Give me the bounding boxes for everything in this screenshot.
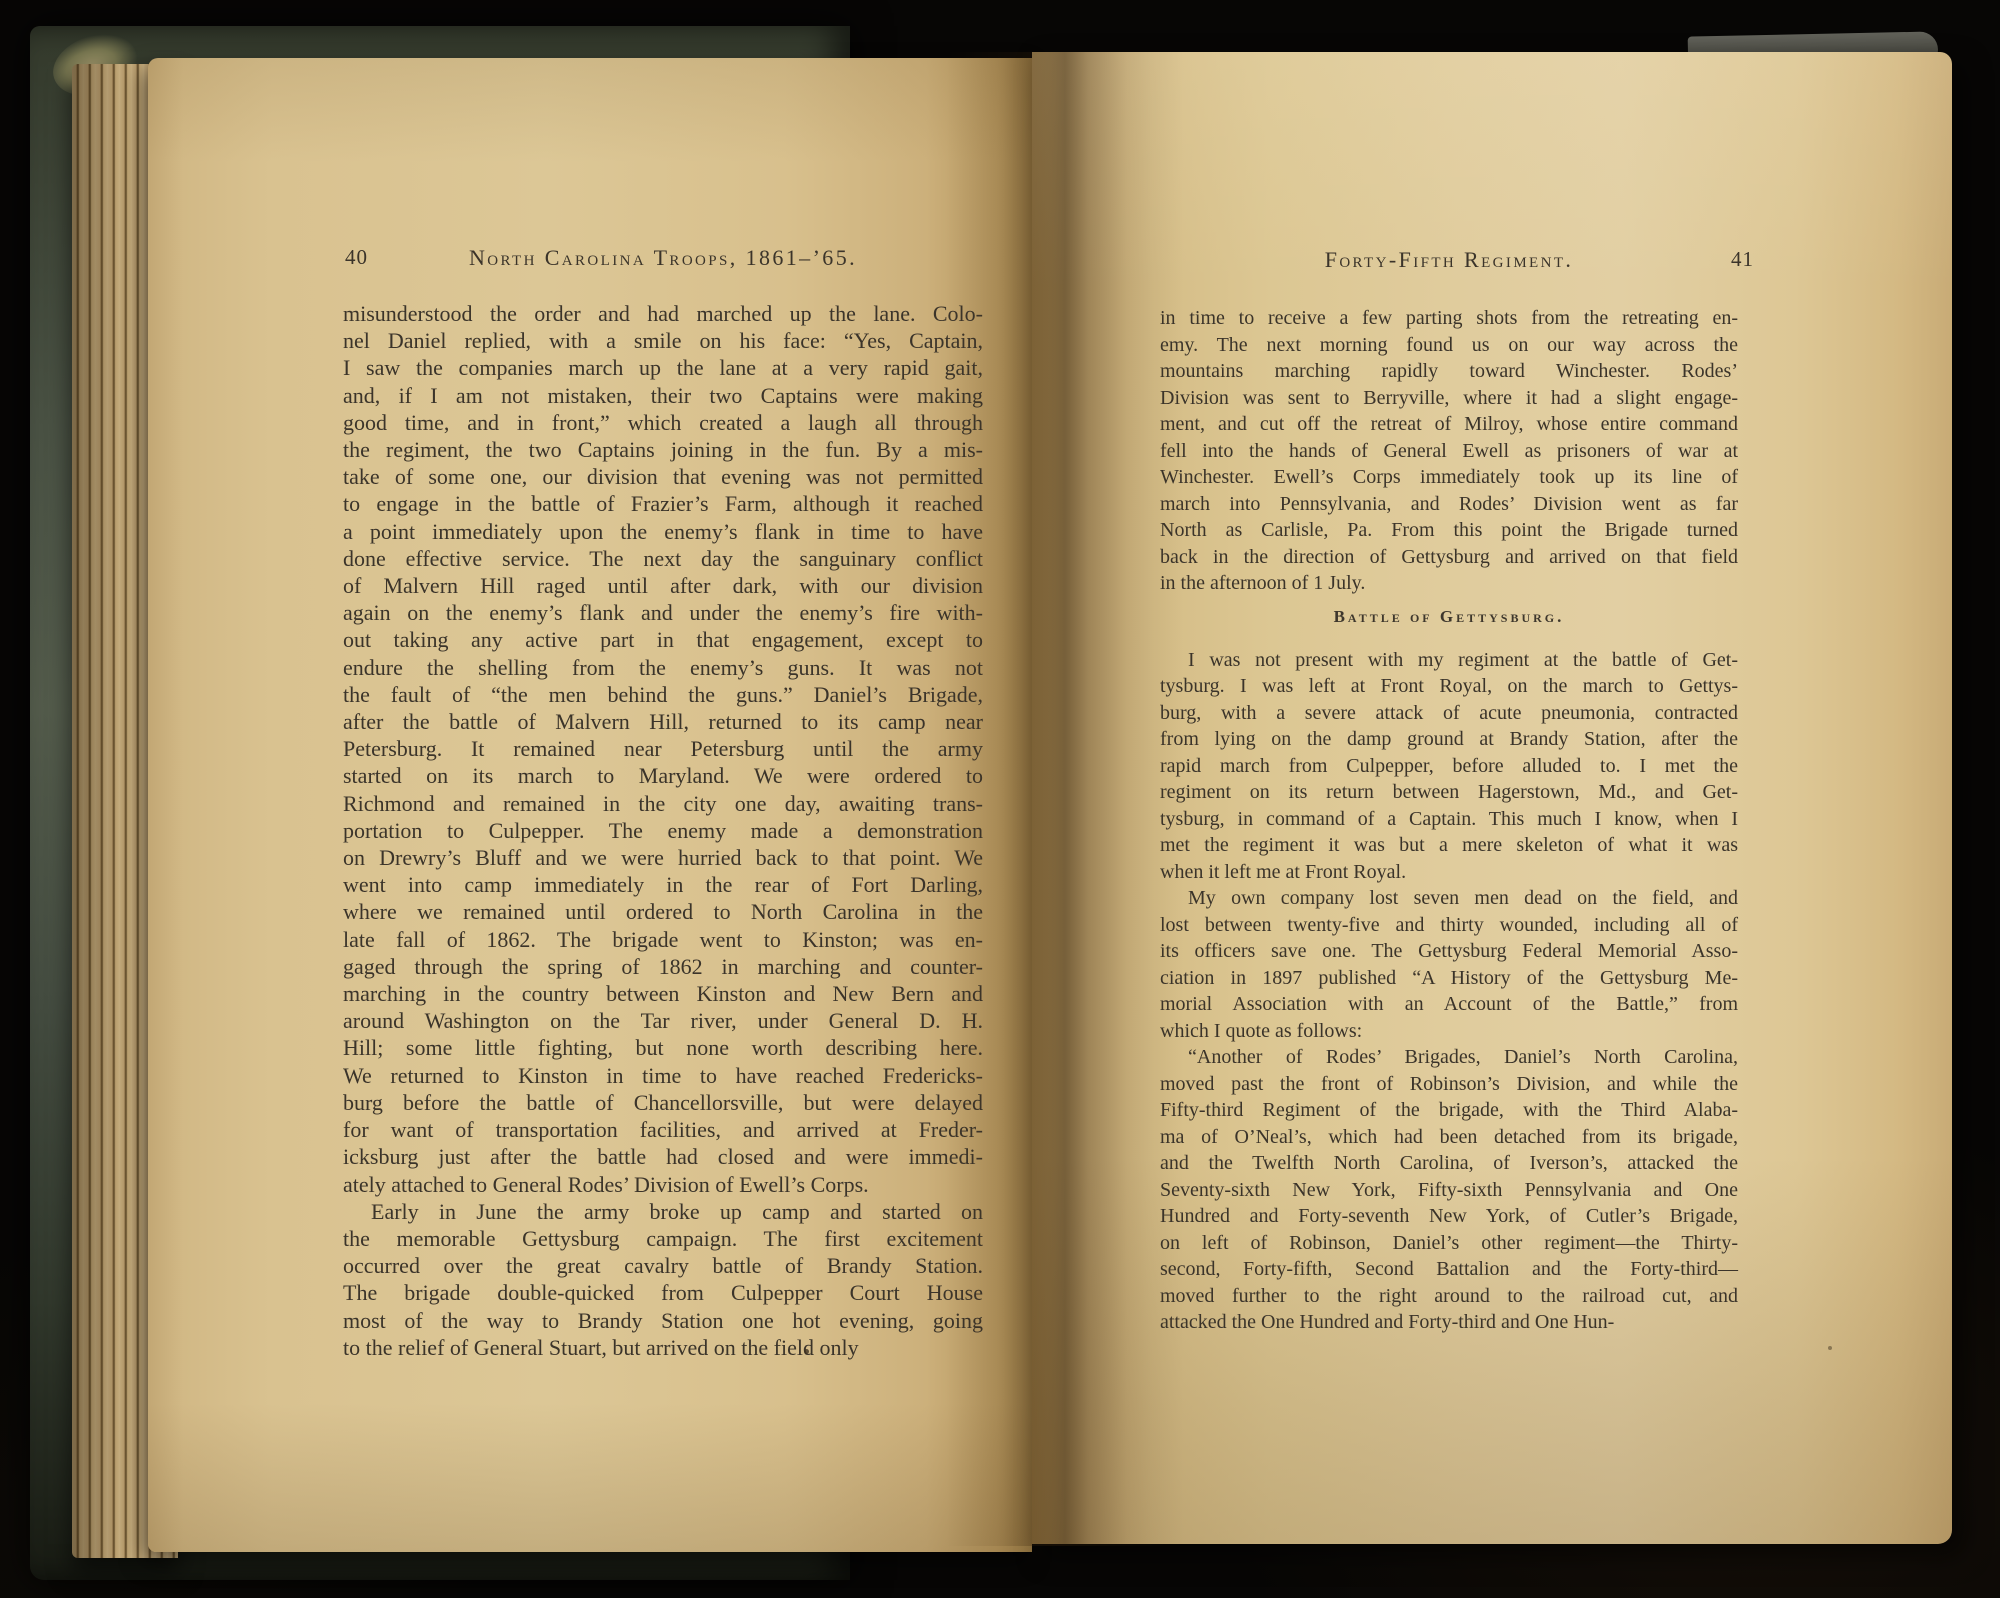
text-line: moved further to the right around to the… [1160, 1283, 1738, 1310]
ink-speck [1828, 1346, 1832, 1350]
text-line: emy. The next morning found us on our wa… [1160, 332, 1738, 359]
paragraph: Early in June the army broke up camp and… [343, 1198, 983, 1361]
paragraph: in time to receive a few parting shots f… [1160, 305, 1738, 597]
text-line: the memorable Gettysburg campaign. The f… [343, 1225, 983, 1252]
text-line: the regiment, the two Captains joining i… [343, 436, 983, 463]
text-line: burg before the battle of Chancellorsvil… [343, 1089, 983, 1116]
left-page-text: misunderstood the order and had marched … [343, 300, 983, 1361]
text-line: portation to Culpepper. The enemy made a… [343, 817, 983, 844]
text-line: Early in June the army broke up camp and… [343, 1198, 983, 1225]
text-line: rapid march from Culpepper, before allud… [1160, 753, 1738, 780]
text-line: of Malvern Hill raged until after dark, … [343, 572, 983, 599]
right-page-number: 41 [1731, 246, 1754, 273]
text-line: regiment on its return between Hagerstow… [1160, 779, 1738, 806]
text-line: again on the enemy’s flank and under the… [343, 599, 983, 626]
text-line: went into camp immediately in the rear o… [343, 871, 983, 898]
text-line: its officers save one. The Gettysburg Fe… [1160, 938, 1738, 965]
text-line: morial Association with an Account of th… [1160, 991, 1738, 1018]
text-line: to the relief of General Stuart, but arr… [343, 1334, 983, 1361]
text-line: in time to receive a few parting shots f… [1160, 305, 1738, 332]
text-line: around Washington on the Tar river, unde… [343, 1007, 983, 1034]
text-line: ately attached to General Rodes’ Divisio… [343, 1171, 983, 1198]
text-line: mountains marching rapidly toward Winche… [1160, 358, 1738, 385]
text-line: where we remained until ordered to North… [343, 898, 983, 925]
paragraph: misunderstood the order and had marched … [343, 300, 983, 1198]
text-line: and the Twelfth North Carolina, of Ivers… [1160, 1150, 1738, 1177]
text-line: Division was sent to Berryville, where i… [1160, 385, 1738, 412]
left-page-header: 40 North Carolina Troops, 1861–’65. [343, 244, 983, 274]
text-line: Richmond and remained in the city one da… [343, 790, 983, 817]
text-line: for want of transportation facilities, a… [343, 1116, 983, 1143]
text-line: after the battle of Malvern Hill, return… [343, 708, 983, 735]
text-line: the fault of “the men behind the guns.” … [343, 681, 983, 708]
text-line: icksburg just after the battle had close… [343, 1143, 983, 1170]
text-line: second, Forty-fifth, Second Battalion an… [1160, 1256, 1738, 1283]
text-line: I saw the companies march up the lane at… [343, 354, 983, 381]
text-line: a point immediately upon the enemy’s fla… [343, 518, 983, 545]
section-heading: Battle of Gettysburg. [1160, 604, 1738, 630]
text-line: tysburg, in command of a Captain. This m… [1160, 806, 1738, 833]
text-line: tysburg. I was left at Front Royal, on t… [1160, 673, 1738, 700]
left-page-number: 40 [345, 244, 368, 271]
text-line: done effective service. The next day the… [343, 545, 983, 572]
text-line: and, if I am not mistaken, their two Cap… [343, 382, 983, 409]
text-line: in the afternoon of 1 July. [1160, 570, 1738, 597]
text-line: ma of O’Neal’s, which had been detached … [1160, 1124, 1738, 1151]
text-line: late fall of 1862. The brigade went to K… [343, 926, 983, 953]
text-line: marching in the country between Kinston … [343, 980, 983, 1007]
text-line: to engage in the battle of Frazier’s Far… [343, 490, 983, 517]
text-line: endure the shelling from the enemy’s gun… [343, 654, 983, 681]
text-line: My own company lost seven men dead on th… [1160, 885, 1738, 912]
text-line: moved past the front of Robinson’s Divis… [1160, 1071, 1738, 1098]
text-line: gaged through the spring of 1862 in marc… [343, 953, 983, 980]
text-line: I was not present with my regiment at th… [1160, 647, 1738, 674]
paragraph: My own company lost seven men dead on th… [1160, 885, 1738, 1044]
text-line: misunderstood the order and had marched … [343, 300, 983, 327]
text-line: on Drewry’s Bluff and we were hurried ba… [343, 844, 983, 871]
text-line: fell into the hands of General Ewell as … [1160, 438, 1738, 465]
text-line: Hundred and Forty-seventh New York, of C… [1160, 1203, 1738, 1230]
text-line: out taking any active part in that engag… [343, 626, 983, 653]
text-line: on left of Robinson, Daniel’s other regi… [1160, 1230, 1738, 1257]
text-line: march into Pennsylvania, and Rodes’ Divi… [1160, 491, 1738, 518]
text-line: burg, with a severe attack of acute pneu… [1160, 700, 1738, 727]
text-line: occurred over the great cavalry battle o… [343, 1252, 983, 1279]
text-line: started on its march to Maryland. We wer… [343, 762, 983, 789]
text-line: “Another of Rodes’ Brigades, Daniel’s No… [1160, 1044, 1738, 1071]
text-line: lost between twenty-five and thirty woun… [1160, 912, 1738, 939]
text-line: back in the direction of Gettysburg and … [1160, 544, 1738, 571]
text-line: nel Daniel replied, with a smile on his … [343, 327, 983, 354]
text-line: The brigade double-quicked from Culpeppe… [343, 1279, 983, 1306]
text-line: ment, and cut off the retreat of Milroy,… [1160, 411, 1738, 438]
text-line: Winchester. Ewell’s Corps immediately to… [1160, 464, 1738, 491]
text-line: We returned to Kinston in time to have r… [343, 1062, 983, 1089]
text-line: Hill; some little fighting, but none wor… [343, 1034, 983, 1061]
text-line: most of the way to Brandy Station one ho… [343, 1307, 983, 1334]
text-line: which I quote as follows: [1160, 1018, 1738, 1045]
text-line: North as Carlisle, Pa. From this point t… [1160, 517, 1738, 544]
paragraph: “Another of Rodes’ Brigades, Daniel’s No… [1160, 1044, 1738, 1336]
text-line: Seventy-sixth New York, Fifty-sixth Penn… [1160, 1177, 1738, 1204]
paragraph: I was not present with my regiment at th… [1160, 647, 1738, 886]
text-line: ciation in 1897 published “A History of … [1160, 965, 1738, 992]
right-page: Forty-Fifth Regiment. 41 in time to rece… [1032, 52, 1952, 1544]
left-running-title: North Carolina Troops, 1861–’65. [343, 244, 983, 271]
text-line: when it left me at Front Royal. [1160, 859, 1738, 886]
text-line: take of some one, our division that even… [343, 463, 983, 490]
text-line: attacked the One Hundred and Forty-third… [1160, 1309, 1738, 1336]
text-line: from lying on the damp ground at Brandy … [1160, 726, 1738, 753]
right-text-before-heading: in time to receive a few parting shots f… [1160, 305, 1738, 597]
right-page-text: in time to receive a few parting shots f… [1160, 305, 1738, 1336]
text-line: Fifty-third Regiment of the brigade, wit… [1160, 1097, 1738, 1124]
text-line: met the regiment it was but a mere skele… [1160, 832, 1738, 859]
left-page: 40 North Carolina Troops, 1861–’65. misu… [148, 58, 1032, 1552]
right-running-title: Forty-Fifth Regiment. [1160, 246, 1738, 273]
right-page-header: Forty-Fifth Regiment. 41 [1160, 246, 1738, 276]
text-line: Petersburg. It remained near Petersburg … [343, 735, 983, 762]
book-photo: 40 North Carolina Troops, 1861–’65. misu… [0, 0, 2000, 1598]
text-line: good time, and in front,” which created … [343, 409, 983, 436]
ink-speck [804, 1349, 809, 1354]
right-text-after-heading: I was not present with my regiment at th… [1160, 647, 1738, 1336]
